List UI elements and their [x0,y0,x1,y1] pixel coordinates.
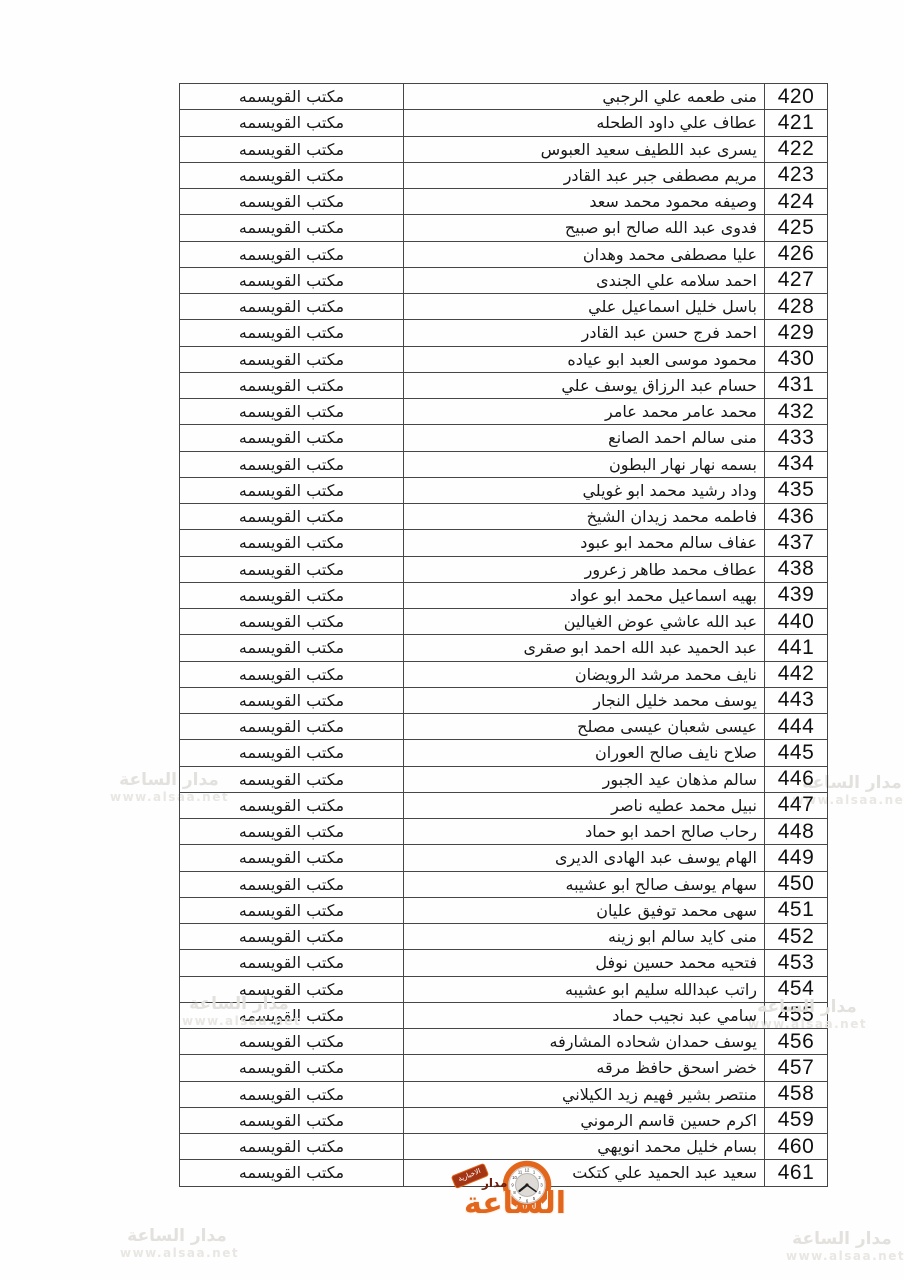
table-row: مكتب القويسمه بسام خليل محمد انويهي 460 [180,1134,828,1160]
number-cell: 458 [765,1081,828,1107]
number-cell: 460 [765,1134,828,1160]
name-cell: صلاح نايف صالح العوران [404,740,765,766]
name-cell: عطاف محمد طاهر زعرور [404,556,765,582]
table-row: مكتب القويسمه سهى محمد توفيق عليان 451 [180,897,828,923]
name-cell: محمد عامر محمد عامر [404,399,765,425]
office-cell: مكتب القويسمه [180,1107,404,1133]
scanned-list-page: { "page": {"background": "#fefefe"}, "ta… [0,0,904,1280]
number-cell: 431 [765,372,828,398]
watermark-url: www.alsaa.net [120,1246,234,1260]
name-cell: منى سالم احمد الصانع [404,425,765,451]
number-cell: 429 [765,320,828,346]
table-row: مكتب القويسمه محمد عامر محمد عامر 432 [180,399,828,425]
name-cell: سهى محمد توفيق عليان [404,897,765,923]
office-cell: مكتب القويسمه [180,897,404,923]
number-cell: 448 [765,819,828,845]
table-row: مكتب القويسمه فاطمه محمد زيدان الشيخ 436 [180,504,828,530]
number-cell: 445 [765,740,828,766]
name-cell: وصيفه محمود محمد سعد [404,189,765,215]
number-cell: 436 [765,504,828,530]
table-row: مكتب القويسمه راتب عبدالله سليم ابو عشيب… [180,976,828,1002]
svg-text:7: 7 [519,1196,522,1201]
name-cell: باسل خليل اسماعيل علي [404,294,765,320]
name-cell: نبيل محمد عطيه ناصر [404,792,765,818]
name-cell: فاطمه محمد زيدان الشيخ [404,504,765,530]
svg-text:8: 8 [513,1190,516,1195]
table-row: مكتب القويسمه عليا مصطفى محمد وهدان 426 [180,241,828,267]
logo-saa-text: الساعة [464,1186,566,1221]
name-cell: عطاف علي داود الطحله [404,110,765,136]
number-cell: 435 [765,477,828,503]
office-cell: مكتب القويسمه [180,1160,404,1186]
office-cell: مكتب القويسمه [180,635,404,661]
number-cell: 425 [765,215,828,241]
name-cell: سالم مذهان عيد الجبور [404,766,765,792]
office-cell: مكتب القويسمه [180,976,404,1002]
name-cell: احمد سلامه علي الجندى [404,267,765,293]
name-cell: سامي عبد نجيب حماد [404,1002,765,1028]
number-cell: 447 [765,792,828,818]
number-cell: 457 [765,1055,828,1081]
name-cell: حسام عبد الرزاق يوسف علي [404,372,765,398]
number-cell: 420 [765,84,828,110]
name-cell: وداد رشيد محمد ابو غويلي [404,477,765,503]
svg-text:4: 4 [538,1190,541,1195]
number-cell: 426 [765,241,828,267]
number-cell: 456 [765,1029,828,1055]
name-cell: عفاف سالم محمد ابو عبود [404,530,765,556]
office-cell: مكتب القويسمه [180,267,404,293]
number-cell: 453 [765,950,828,976]
office-cell: مكتب القويسمه [180,346,404,372]
table-row: مكتب القويسمه بهيه اسماعيل محمد ابو عواد… [180,582,828,608]
table-row: مكتب القويسمه عفاف سالم محمد ابو عبود 43… [180,530,828,556]
name-cell: يوسف حمدان شحاده المشارفه [404,1029,765,1055]
office-cell: مكتب القويسمه [180,320,404,346]
table-row: مكتب القويسمه منى سالم احمد الصانع 433 [180,425,828,451]
office-cell: مكتب القويسمه [180,714,404,740]
table-row: مكتب القويسمه عطاف علي داود الطحله 421 [180,110,828,136]
office-cell: مكتب القويسمه [180,425,404,451]
number-cell: 423 [765,162,828,188]
office-cell: مكتب القويسمه [180,819,404,845]
table-row: مكتب القويسمه اكرم حسين قاسم الرموني 459 [180,1107,828,1133]
table-row: مكتب القويسمه احمد سلامه علي الجندى 427 [180,267,828,293]
office-cell: مكتب القويسمه [180,766,404,792]
svg-text:6: 6 [526,1199,529,1204]
table-row: مكتب القويسمه صلاح نايف صالح العوران 445 [180,740,828,766]
office-cell: مكتب القويسمه [180,241,404,267]
number-cell: 444 [765,714,828,740]
number-cell: 450 [765,871,828,897]
table-row: مكتب القويسمه عيسى شعبان عيسى مصلح 444 [180,714,828,740]
office-cell: مكتب القويسمه [180,1029,404,1055]
table-row: مكتب القويسمه يوسف حمدان شحاده المشارفه … [180,1029,828,1055]
name-cell: منى كايد سالم ابو زينه [404,924,765,950]
name-cell: فدوى عبد الله صالح ابو صبيح [404,215,765,241]
office-cell: مكتب القويسمه [180,1081,404,1107]
name-cell: محمود موسى العبد ابو عياده [404,346,765,372]
watermark-sitename: مدار الساعة [120,1226,234,1246]
office-cell: مكتب القويسمه [180,162,404,188]
name-cell: عبد الله عاشي عوض الغيالين [404,609,765,635]
watermark: مدار الساعة www.alsaa.net [786,1229,898,1264]
number-cell: 452 [765,924,828,950]
roster-body: مكتب القويسمه منى طعمه علي الرجبي 420 مك… [180,84,828,1187]
office-cell: مكتب القويسمه [180,556,404,582]
office-cell: مكتب القويسمه [180,609,404,635]
table-row: مكتب القويسمه عبد الحميد عبد الله احمد ا… [180,635,828,661]
office-cell: مكتب القويسمه [180,451,404,477]
name-cell: عبد الحميد عبد الله احمد ابو صقرى [404,635,765,661]
table-row: مكتب القويسمه سالم مذهان عيد الجبور 446 [180,766,828,792]
number-cell: 461 [765,1160,828,1186]
office-cell: مكتب القويسمه [180,792,404,818]
table-row: مكتب القويسمه سامي عبد نجيب حماد 455 [180,1002,828,1028]
name-cell: عليا مصطفى محمد وهدان [404,241,765,267]
office-cell: مكتب القويسمه [180,530,404,556]
name-cell: سهام يوسف صالح ابو عشيبه [404,871,765,897]
number-cell: 441 [765,635,828,661]
number-cell: 446 [765,766,828,792]
name-cell: يوسف محمد خليل النجار [404,687,765,713]
name-cell: رحاب صالح احمد ابو حماد [404,819,765,845]
table-row: مكتب القويسمه خضر اسحق حافظ مرقه 457 [180,1055,828,1081]
table-row: مكتب القويسمه عبد الله عاشي عوض الغيالين… [180,609,828,635]
number-cell: 430 [765,346,828,372]
number-cell: 455 [765,1002,828,1028]
office-cell: مكتب القويسمه [180,110,404,136]
number-cell: 437 [765,530,828,556]
number-cell: 434 [765,451,828,477]
names-roster-table: مكتب القويسمه منى طعمه علي الرجبي 420 مك… [179,83,828,1187]
number-cell: 459 [765,1107,828,1133]
table-row: مكتب القويسمه محمود موسى العبد ابو عياده… [180,346,828,372]
office-cell: مكتب القويسمه [180,924,404,950]
office-cell: مكتب القويسمه [180,740,404,766]
name-cell: اكرم حسين قاسم الرموني [404,1107,765,1133]
office-cell: مكتب القويسمه [180,661,404,687]
number-cell: 443 [765,687,828,713]
number-cell: 439 [765,582,828,608]
name-cell: سعيد عبد الحميد علي كتكت [404,1160,765,1186]
name-cell: احمد فرج حسن عبد القادر [404,320,765,346]
office-cell: مكتب القويسمه [180,399,404,425]
office-cell: مكتب القويسمه [180,582,404,608]
name-cell: منتصر بشير فهيم زيد الكيلاني [404,1081,765,1107]
table-row: مكتب القويسمه بسمه نهار نهار البطون 434 [180,451,828,477]
name-cell: فتحيه محمد حسين نوفل [404,950,765,976]
office-cell: مكتب القويسمه [180,1055,404,1081]
table-row: مكتب القويسمه مريم مصطفى جبر عبد القادر … [180,162,828,188]
number-cell: 421 [765,110,828,136]
office-cell: مكتب القويسمه [180,950,404,976]
office-cell: مكتب القويسمه [180,215,404,241]
office-cell: مكتب القويسمه [180,84,404,110]
table-row: مكتب القويسمه سعيد عبد الحميد علي كتكت 4… [180,1160,828,1186]
table-row: مكتب القويسمه منى طعمه علي الرجبي 420 [180,84,828,110]
number-cell: 454 [765,976,828,1002]
watermark: مدار الساعة www.alsaa.net [120,1226,234,1261]
number-cell: 438 [765,556,828,582]
name-cell: عيسى شعبان عيسى مصلح [404,714,765,740]
table-row: مكتب القويسمه منى كايد سالم ابو زينه 452 [180,924,828,950]
number-cell: 451 [765,897,828,923]
name-cell: نايف محمد مرشد الرويضان [404,661,765,687]
number-cell: 440 [765,609,828,635]
table-row: مكتب القويسمه منتصر بشير فهيم زيد الكيلا… [180,1081,828,1107]
table-row: مكتب القويسمه رحاب صالح احمد ابو حماد 44… [180,819,828,845]
table-row: مكتب القويسمه يوسف محمد خليل النجار 443 [180,687,828,713]
name-cell: راتب عبدالله سليم ابو عشيبه [404,976,765,1002]
table-row: مكتب القويسمه يسرى عبد اللطيف سعيد العبو… [180,136,828,162]
name-cell: خضر اسحق حافظ مرقه [404,1055,765,1081]
office-cell: مكتب القويسمه [180,845,404,871]
office-cell: مكتب القويسمه [180,687,404,713]
table-row: مكتب القويسمه وداد رشيد محمد ابو غويلي 4… [180,477,828,503]
number-cell: 449 [765,845,828,871]
name-cell: منى طعمه علي الرجبي [404,84,765,110]
watermark-url: www.alsaa.net [786,1249,898,1263]
name-cell: بسمه نهار نهار البطون [404,451,765,477]
number-cell: 433 [765,425,828,451]
number-cell: 424 [765,189,828,215]
svg-text:5: 5 [533,1196,536,1201]
table-row: مكتب القويسمه احمد فرج حسن عبد القادر 42… [180,320,828,346]
number-cell: 432 [765,399,828,425]
office-cell: مكتب القويسمه [180,136,404,162]
watermark-sitename: مدار الساعة [786,1229,898,1249]
table-row: مكتب القويسمه سهام يوسف صالح ابو عشيبه 4… [180,871,828,897]
office-cell: مكتب القويسمه [180,189,404,215]
name-cell: مريم مصطفى جبر عبد القادر [404,162,765,188]
office-cell: مكتب القويسمه [180,1134,404,1160]
table-row: مكتب القويسمه باسل خليل اسماعيل علي 428 [180,294,828,320]
table-row: مكتب القويسمه وصيفه محمود محمد سعد 424 [180,189,828,215]
table-row: مكتب القويسمه فتحيه محمد حسين نوفل 453 [180,950,828,976]
table-row: مكتب القويسمه الهام يوسف عبد الهادى الدي… [180,845,828,871]
office-cell: مكتب القويسمه [180,294,404,320]
table-row: مكتب القويسمه نايف محمد مرشد الرويضان 44… [180,661,828,687]
table-row: مكتب القويسمه نبيل محمد عطيه ناصر 447 [180,792,828,818]
number-cell: 422 [765,136,828,162]
table-row: مكتب القويسمه عطاف محمد طاهر زعرور 438 [180,556,828,582]
number-cell: 442 [765,661,828,687]
table-row: مكتب القويسمه فدوى عبد الله صالح ابو صبي… [180,215,828,241]
table-row: مكتب القويسمه حسام عبد الرزاق يوسف علي 4… [180,372,828,398]
office-cell: مكتب القويسمه [180,477,404,503]
number-cell: 428 [765,294,828,320]
name-cell: الهام يوسف عبد الهادى الديرى [404,845,765,871]
name-cell: بسام خليل محمد انويهي [404,1134,765,1160]
number-cell: 427 [765,267,828,293]
name-cell: بهيه اسماعيل محمد ابو عواد [404,582,765,608]
office-cell: مكتب القويسمه [180,871,404,897]
office-cell: مكتب القويسمه [180,504,404,530]
office-cell: مكتب القويسمه [180,372,404,398]
name-cell: يسرى عبد اللطيف سعيد العبوس [404,136,765,162]
office-cell: مكتب القويسمه [180,1002,404,1028]
